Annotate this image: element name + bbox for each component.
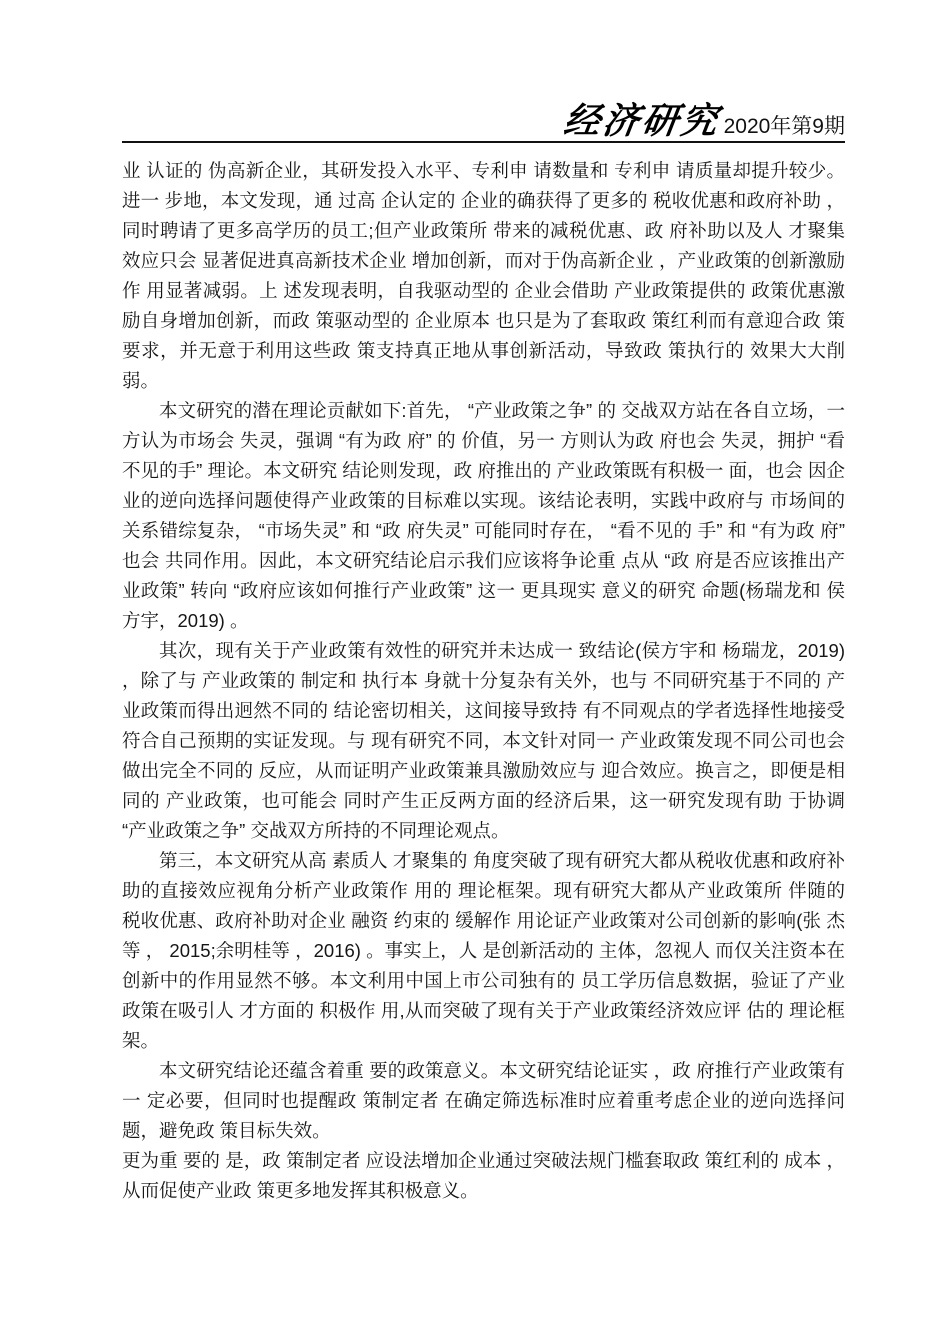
journal-issue-label: 2020年第9期 — [724, 116, 845, 138]
article-body: 业 认证的 伪高新企业，其研发投入水平、专利申 请数量和 专利申 请质量却提升较… — [122, 156, 845, 1206]
journal-header: 经济研究 2020年第9期 — [122, 96, 845, 143]
journal-logo-calligraphy: 经济研究 — [561, 104, 722, 138]
paragraph-theoretical-contribution-third: 第三，本文研究从高 素质人 才聚集的 角度突破了现有研究大都从税收优惠和政府补助… — [122, 846, 845, 1056]
paragraph-policy-implication: 本文研究结论还蕴含着重 要的政策意义。本文研究结论证实 ，政 府推行产业政策有一… — [122, 1056, 845, 1146]
paragraph-policy-implication-more: 更为重 要的 是，政 策制定者 应设法增加企业通过突破法规门槛套取政 策红利的 … — [122, 1146, 845, 1206]
paragraph-continuation: 业 认证的 伪高新企业，其研发投入水平、专利申 请数量和 专利申 请质量却提升较… — [122, 156, 845, 396]
paragraph-theoretical-contribution-second: 其次，现有关于产业政策有效性的研究并未达成一 致结论(侯方宇和 杨瑞龙，2019… — [122, 636, 845, 846]
paragraph-theoretical-contribution-first: 本文研究的潜在理论贡献如下:首先， “产业政策之争” 的 交战双方站在各自立场，… — [122, 396, 845, 636]
document-page: 经济研究 2020年第9期 业 认证的 伪高新企业，其研发投入水平、专利申 请数… — [0, 0, 950, 1344]
